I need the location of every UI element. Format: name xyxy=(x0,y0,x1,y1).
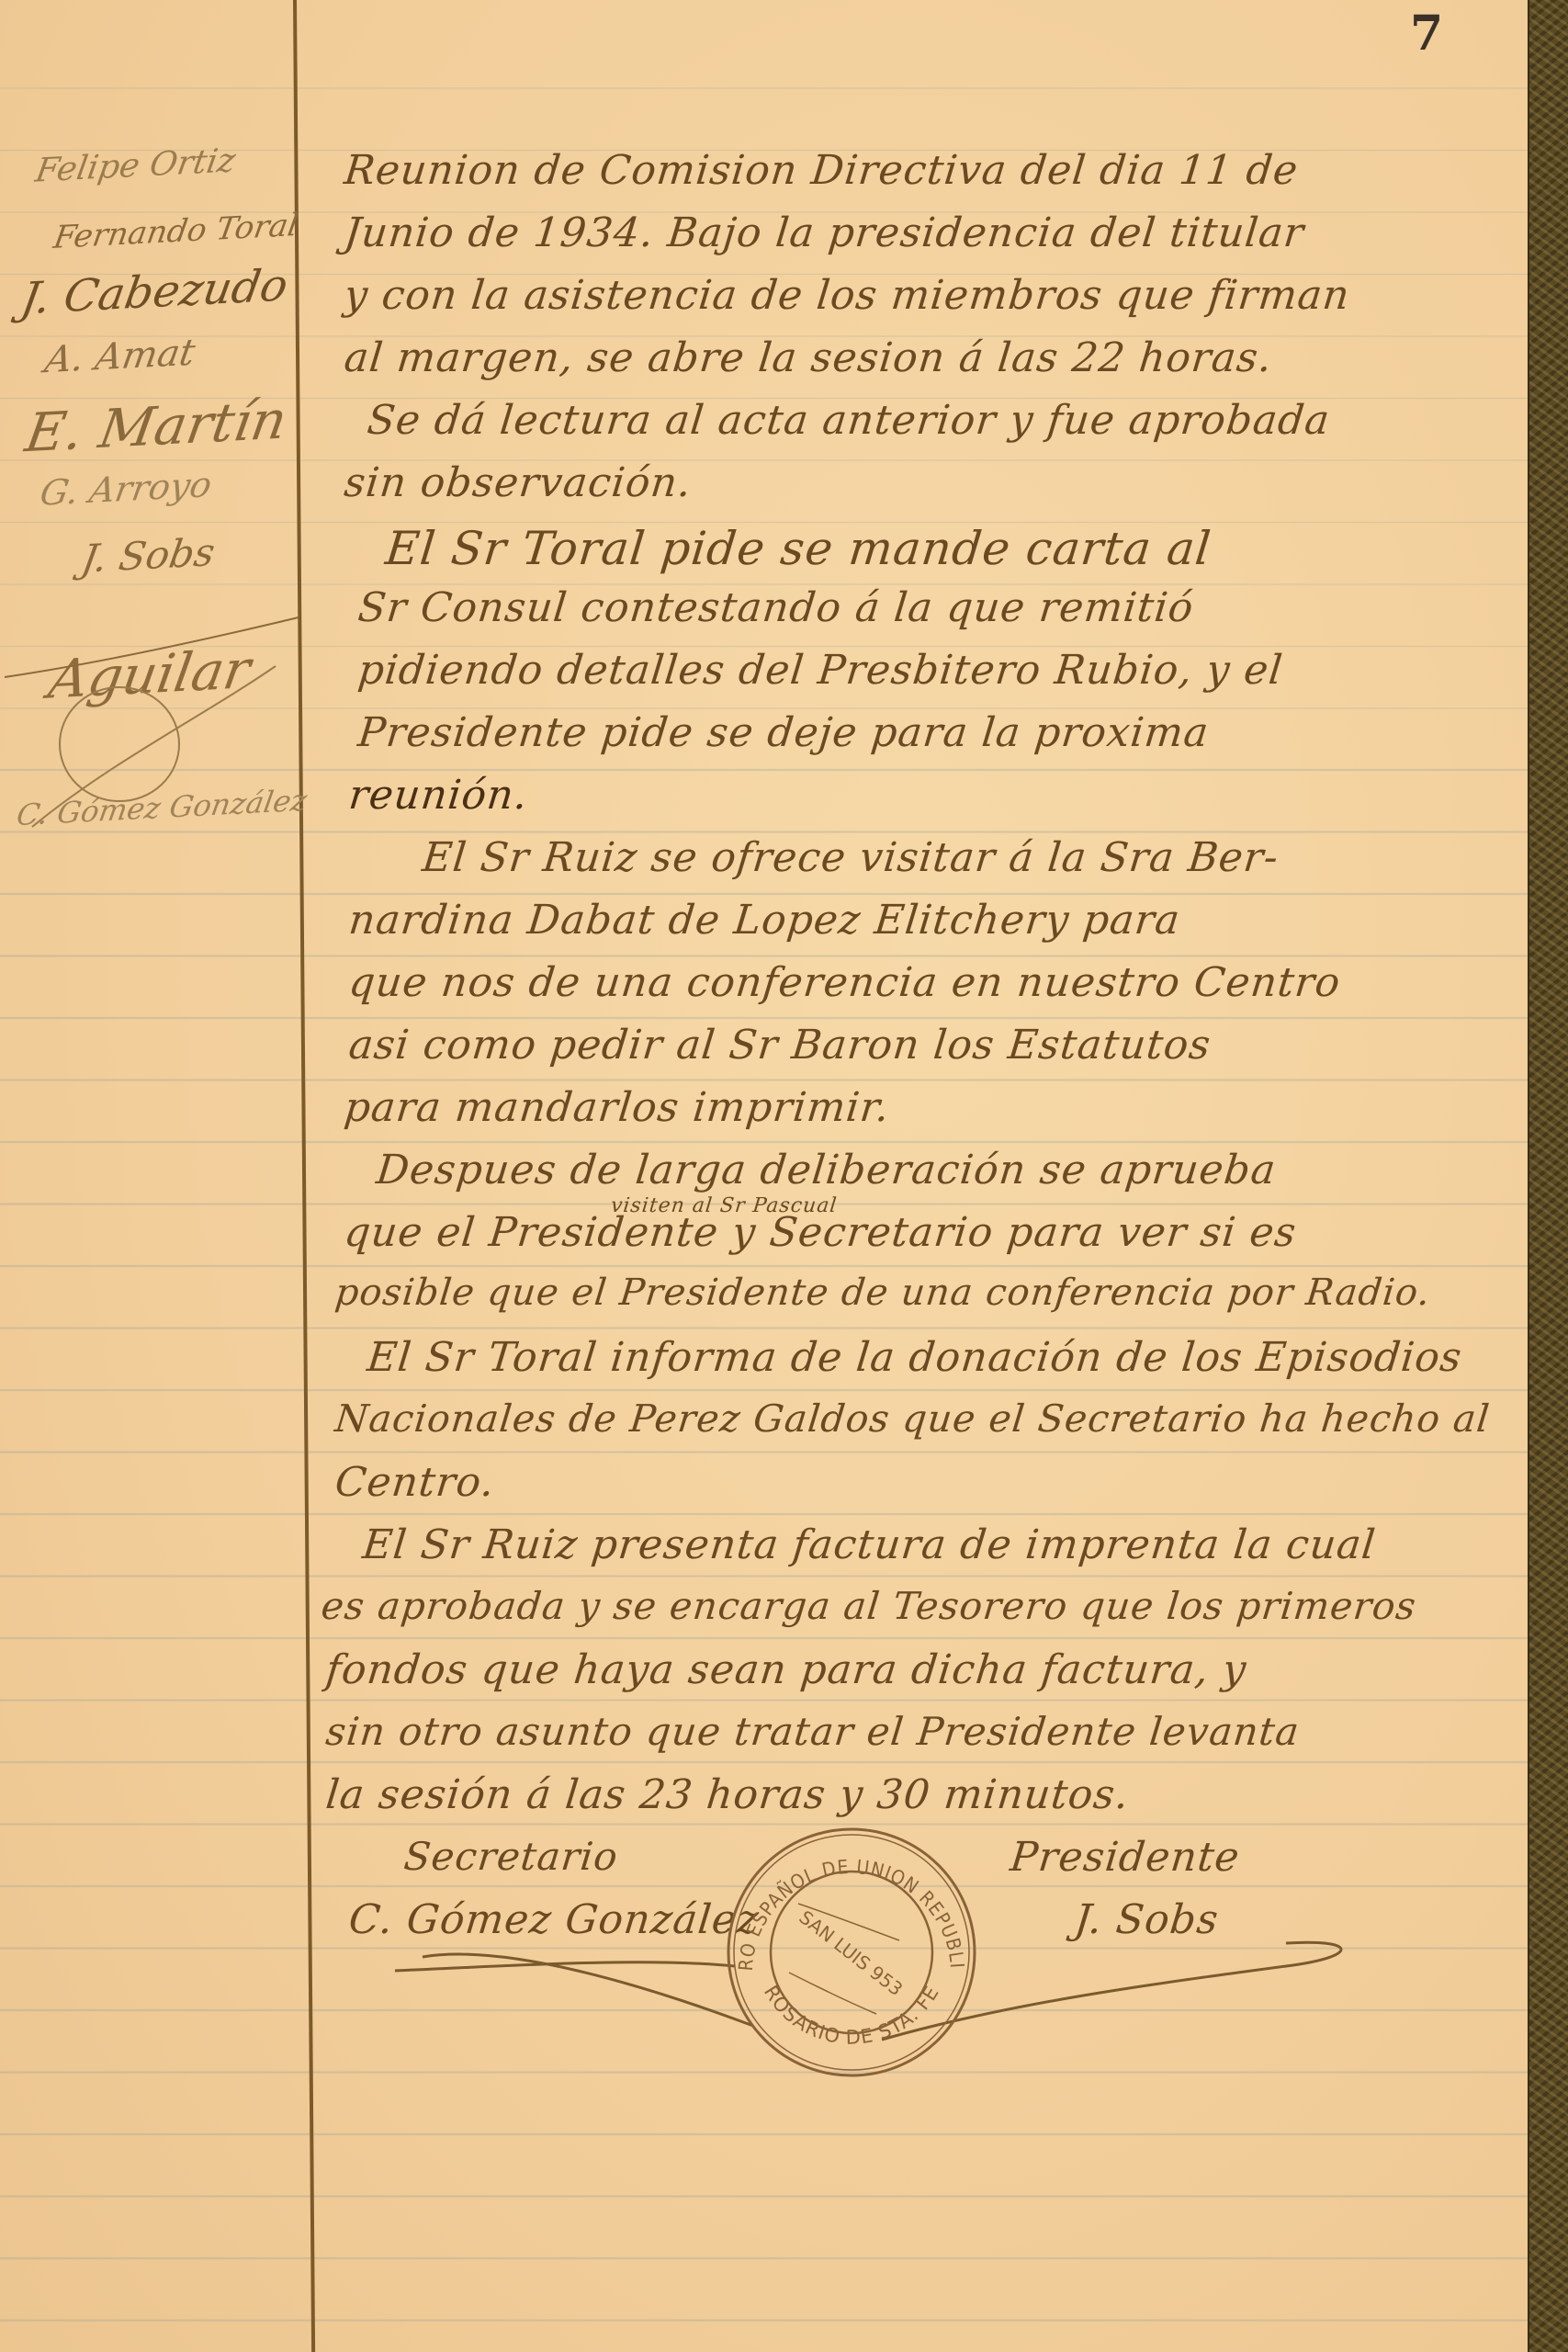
minutes-line: El Sr Toral pide se mande carta al xyxy=(383,522,1214,575)
minutes-line: sin observación. xyxy=(342,459,694,506)
minutes-line: sin otro asunto que tratar el Presidente… xyxy=(323,1709,1302,1754)
svg-text:SAN LUIS 953: SAN LUIS 953 xyxy=(795,1905,907,2000)
minutes-line: Despues de larga deliberación se aprueba xyxy=(374,1147,1278,1193)
secretary-label: Secretario xyxy=(401,1834,620,1879)
minutes-line: es aprobada y se encarga al Tesorero que… xyxy=(319,1584,1418,1628)
minutes-line: nardina Dabat de Lopez Elitchery para xyxy=(346,897,1182,944)
minutes-line: reunión. xyxy=(346,772,530,819)
signature-flourish xyxy=(0,551,303,882)
minutes-line: El Sr Ruiz se ofrece visitar á la Sra Be… xyxy=(420,834,1280,881)
minutes-line: Nacionales de Perez Galdos que el Secret… xyxy=(333,1396,1492,1441)
ledger-page: 7 Felipe Ortiz Fernando Toral J. Cabezud… xyxy=(0,0,1528,2352)
minutes-line: pidiendo detalles del Presbitero Rubio, … xyxy=(355,647,1285,694)
institution-stamp: CENTRO ESPAÑOL DE UNION REPUBLICANA ROSA… xyxy=(725,1826,978,2079)
margin-signature: A. Amat xyxy=(42,332,198,381)
minutes-line: la sesión á las 23 horas y 30 minutos. xyxy=(323,1771,1132,1818)
minutes-line: al margen, se abre la sesion á las 22 ho… xyxy=(342,334,1274,381)
minutes-line: El Sr Ruiz presenta factura de imprenta … xyxy=(360,1521,1378,1568)
minutes-line: Reunion de Comision Directiva del dia 11… xyxy=(342,147,1301,194)
minutes-line: para mandarlos imprimir. xyxy=(342,1084,892,1131)
stamp-seal-icon: CENTRO ESPAÑOL DE UNION REPUBLICANA ROSA… xyxy=(725,1826,978,2079)
page-number: 7 xyxy=(1410,6,1443,62)
svg-text:ROSARIO DE STA. FE: ROSARIO DE STA. FE xyxy=(760,1982,943,2049)
minutes-line: Centro. xyxy=(333,1459,497,1506)
minutes-line: Presidente pide se deje para la proxima xyxy=(355,709,1211,756)
minutes-line: Sr Consul contestando á la que remitió xyxy=(355,584,1196,631)
minutes-line: que el Presidente y Secretario para ver … xyxy=(342,1209,1299,1256)
minutes-line: Junio de 1934. Bajo la presidencia del t… xyxy=(342,209,1306,256)
minutes-line: y con la asistencia de los miembros que … xyxy=(342,272,1352,319)
minutes-line: fondos que haya sean para dicha factura,… xyxy=(323,1646,1248,1693)
president-label: Presidente xyxy=(1008,1834,1242,1881)
minutes-line: Se dá lectura al acta anterior y fue apr… xyxy=(365,397,1332,444)
minutes-line: El Sr Toral informa de la donación de lo… xyxy=(365,1334,1464,1381)
minutes-line: asi como pedir al Sr Baron los Estatutos xyxy=(346,1022,1213,1069)
ledger-cover-edge xyxy=(1528,0,1568,2352)
minutes-line: posible que el Presidente de una confere… xyxy=(333,1272,1433,1314)
minutes-line: que nos de una conferencia en nuestro Ce… xyxy=(346,959,1343,1006)
